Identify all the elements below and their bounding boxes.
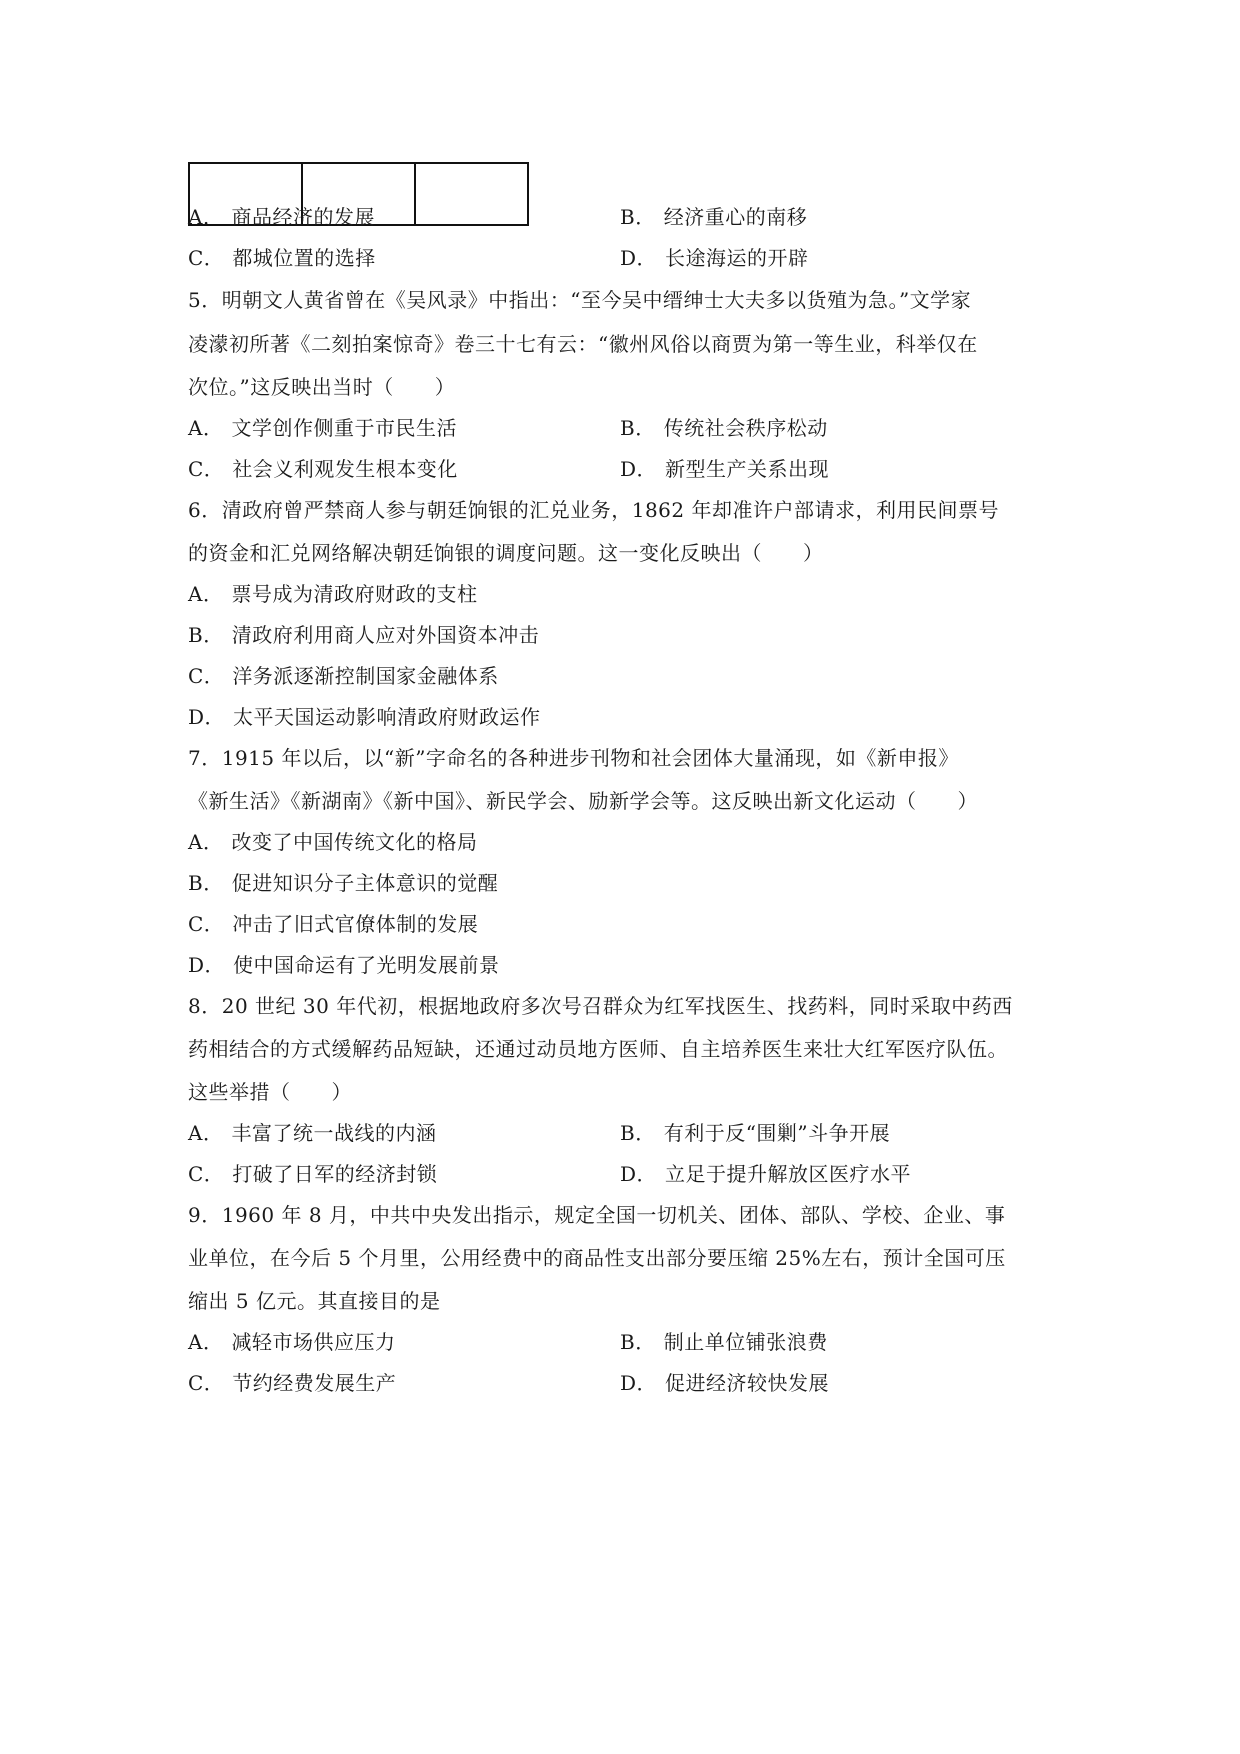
option-label: B． xyxy=(620,1329,656,1355)
option-text: 有利于反“围剿”斗争开展 xyxy=(664,1121,890,1145)
q8-option-d: D．立足于提升解放区医疗水平 xyxy=(620,1161,911,1187)
option-label: B． xyxy=(188,622,224,648)
q9-stem-line-1: 9．1960 年 8 月，中共中央发出指示，规定全国一切机关、团体、部队、学校、… xyxy=(188,1202,1005,1228)
option-text: 经济重心的南移 xyxy=(664,205,808,229)
q4-option-a: A．商品经济的发展 xyxy=(188,204,375,230)
q7-option-a: A．改变了中国传统文化的格局 xyxy=(188,829,477,855)
q7-stem-line-1: 7．1915 年以后，以“新”字命名的各种进步刊物和社会团体大量涌现，如《新申报… xyxy=(188,745,959,771)
q7-option-c: C．冲击了旧式官僚体制的发展 xyxy=(188,911,478,937)
q9-option-c: C．节约经费发展生产 xyxy=(188,1370,396,1396)
option-text: 清政府利用商人应对外国资本冲击 xyxy=(232,623,540,647)
q7-option-d: D．使中国命运有了光明发展前景 xyxy=(188,952,500,978)
option-label: A． xyxy=(188,1329,223,1355)
q9-option-d: D．促进经济较快发展 xyxy=(620,1370,829,1396)
q8-option-b: B．有利于反“围剿”斗争开展 xyxy=(620,1120,890,1146)
table-cell xyxy=(415,163,528,225)
q8-option-c: C．打破了日军的经济封锁 xyxy=(188,1161,437,1187)
option-text: 节约经费发展生产 xyxy=(232,1371,396,1395)
q9-stem-line-2: 业单位，在今后 5 个月里，公用经费中的商品性支出部分要压缩 25%左右，预计全… xyxy=(188,1245,1006,1271)
q7-stem-line-2: 《新生活》《新湖南》《新中国》、新民学会、励新学会等。这反映出新文化运动（ ） xyxy=(188,788,978,814)
option-label: A． xyxy=(188,829,223,855)
option-text: 长途海运的开辟 xyxy=(665,246,809,270)
option-label: C． xyxy=(188,663,224,689)
option-label: C． xyxy=(188,1370,224,1396)
option-text: 促进经济较快发展 xyxy=(665,1371,829,1395)
option-text: 改变了中国传统文化的格局 xyxy=(231,830,477,854)
option-label: B． xyxy=(620,1120,656,1146)
option-text: 洋务派逐渐控制国家金融体系 xyxy=(232,664,499,688)
option-label: D． xyxy=(620,245,657,271)
q8-option-a: A．丰富了统一战线的内涵 xyxy=(188,1120,436,1146)
q4-option-d: D．长途海运的开辟 xyxy=(620,245,809,271)
option-label: D． xyxy=(620,1370,657,1396)
option-label: D． xyxy=(188,704,225,730)
q8-stem-line-1: 8．20 世纪 30 年代初，根据地政府多次号召群众为红军找医生、找药料，同时采… xyxy=(188,993,1013,1019)
q6-option-c: C．洋务派逐渐控制国家金融体系 xyxy=(188,663,499,689)
option-label: A． xyxy=(188,1120,223,1146)
option-label: B． xyxy=(620,415,656,441)
option-label: B． xyxy=(188,870,224,896)
option-text: 社会义利观发生根本变化 xyxy=(232,457,458,481)
q8-stem-line-2: 药相结合的方式缓解药品短缺，还通过动员地方医师、自主培养医生来壮大红军医疗队伍。 xyxy=(188,1036,1008,1062)
option-text: 传统社会秩序松动 xyxy=(664,416,828,440)
q6-stem-line-2: 的资金和汇兑网络解决朝廷饷银的调度问题。这一变化反映出（ ） xyxy=(188,540,824,566)
q6-option-d: D．太平天国运动影响清政府财政运作 xyxy=(188,704,541,730)
option-label: D． xyxy=(620,456,657,482)
option-label: A． xyxy=(188,415,223,441)
q5-stem-line-2: 凌濛初所著《二刻拍案惊奇》卷三十七有云：“徽州风俗以商贾为第一等生业，科举仅在 xyxy=(188,331,978,357)
option-label: C． xyxy=(188,456,224,482)
option-text: 丰富了统一战线的内涵 xyxy=(231,1121,436,1145)
option-text: 都城位置的选择 xyxy=(232,246,376,270)
option-label: C． xyxy=(188,245,224,271)
q6-option-b: B．清政府利用商人应对外国资本冲击 xyxy=(188,622,539,648)
q5-option-a: A．文学创作侧重于市民生活 xyxy=(188,415,457,441)
option-text: 减轻市场供应压力 xyxy=(231,1330,395,1354)
option-text: 打破了日军的经济封锁 xyxy=(232,1162,437,1186)
option-text: 商品经济的发展 xyxy=(231,205,375,229)
q5-stem-line-3: 次位。”这反映出当时（ ） xyxy=(188,374,455,400)
option-label: A． xyxy=(188,581,223,607)
q5-stem-line-1: 5．明朝文人黄省曾在《吴风录》中指出：“至今吴中缙绅士大夫多以货殖为急。”文学家 xyxy=(188,287,971,313)
q4-option-b: B．经济重心的南移 xyxy=(620,204,807,230)
option-label: A． xyxy=(188,204,223,230)
q9-stem-line-3: 缩出 5 亿元。其直接目的是 xyxy=(188,1288,440,1314)
option-label: C． xyxy=(188,1161,224,1187)
q6-stem-line-1: 6．清政府曾严禁商人参与朝廷饷银的汇兑业务，1862 年却准许户部请求，利用民间… xyxy=(188,497,999,523)
q9-option-b: B．制止单位铺张浪费 xyxy=(620,1329,828,1355)
q4-option-c: C．都城位置的选择 xyxy=(188,245,376,271)
option-text: 使中国命运有了光明发展前景 xyxy=(233,953,500,977)
q5-option-d: D．新型生产关系出现 xyxy=(620,456,829,482)
q9-option-a: A．减轻市场供应压力 xyxy=(188,1329,395,1355)
option-label: D． xyxy=(188,952,225,978)
option-text: 冲击了旧式官僚体制的发展 xyxy=(232,912,478,936)
option-text: 制止单位铺张浪费 xyxy=(664,1330,828,1354)
q5-option-b: B．传统社会秩序松动 xyxy=(620,415,828,441)
option-text: 新型生产关系出现 xyxy=(665,457,829,481)
option-text: 太平天国运动影响清政府财政运作 xyxy=(233,705,541,729)
option-label: B． xyxy=(620,204,656,230)
exam-page: A．商品经济的发展 B．经济重心的南移 C．都城位置的选择 D．长途海运的开辟 … xyxy=(0,0,1240,1754)
option-text: 促进知识分子主体意识的觉醒 xyxy=(232,871,499,895)
option-text: 文学创作侧重于市民生活 xyxy=(231,416,457,440)
option-label: C． xyxy=(188,911,224,937)
q5-option-c: C．社会义利观发生根本变化 xyxy=(188,456,458,482)
q8-stem-line-3: 这些举措（ ） xyxy=(188,1079,352,1105)
q6-option-a: A．票号成为清政府财政的支柱 xyxy=(188,581,477,607)
option-text: 票号成为清政府财政的支柱 xyxy=(231,582,477,606)
option-text: 立足于提升解放区医疗水平 xyxy=(665,1162,911,1186)
option-label: D． xyxy=(620,1161,657,1187)
q7-option-b: B．促进知识分子主体意识的觉醒 xyxy=(188,870,498,896)
